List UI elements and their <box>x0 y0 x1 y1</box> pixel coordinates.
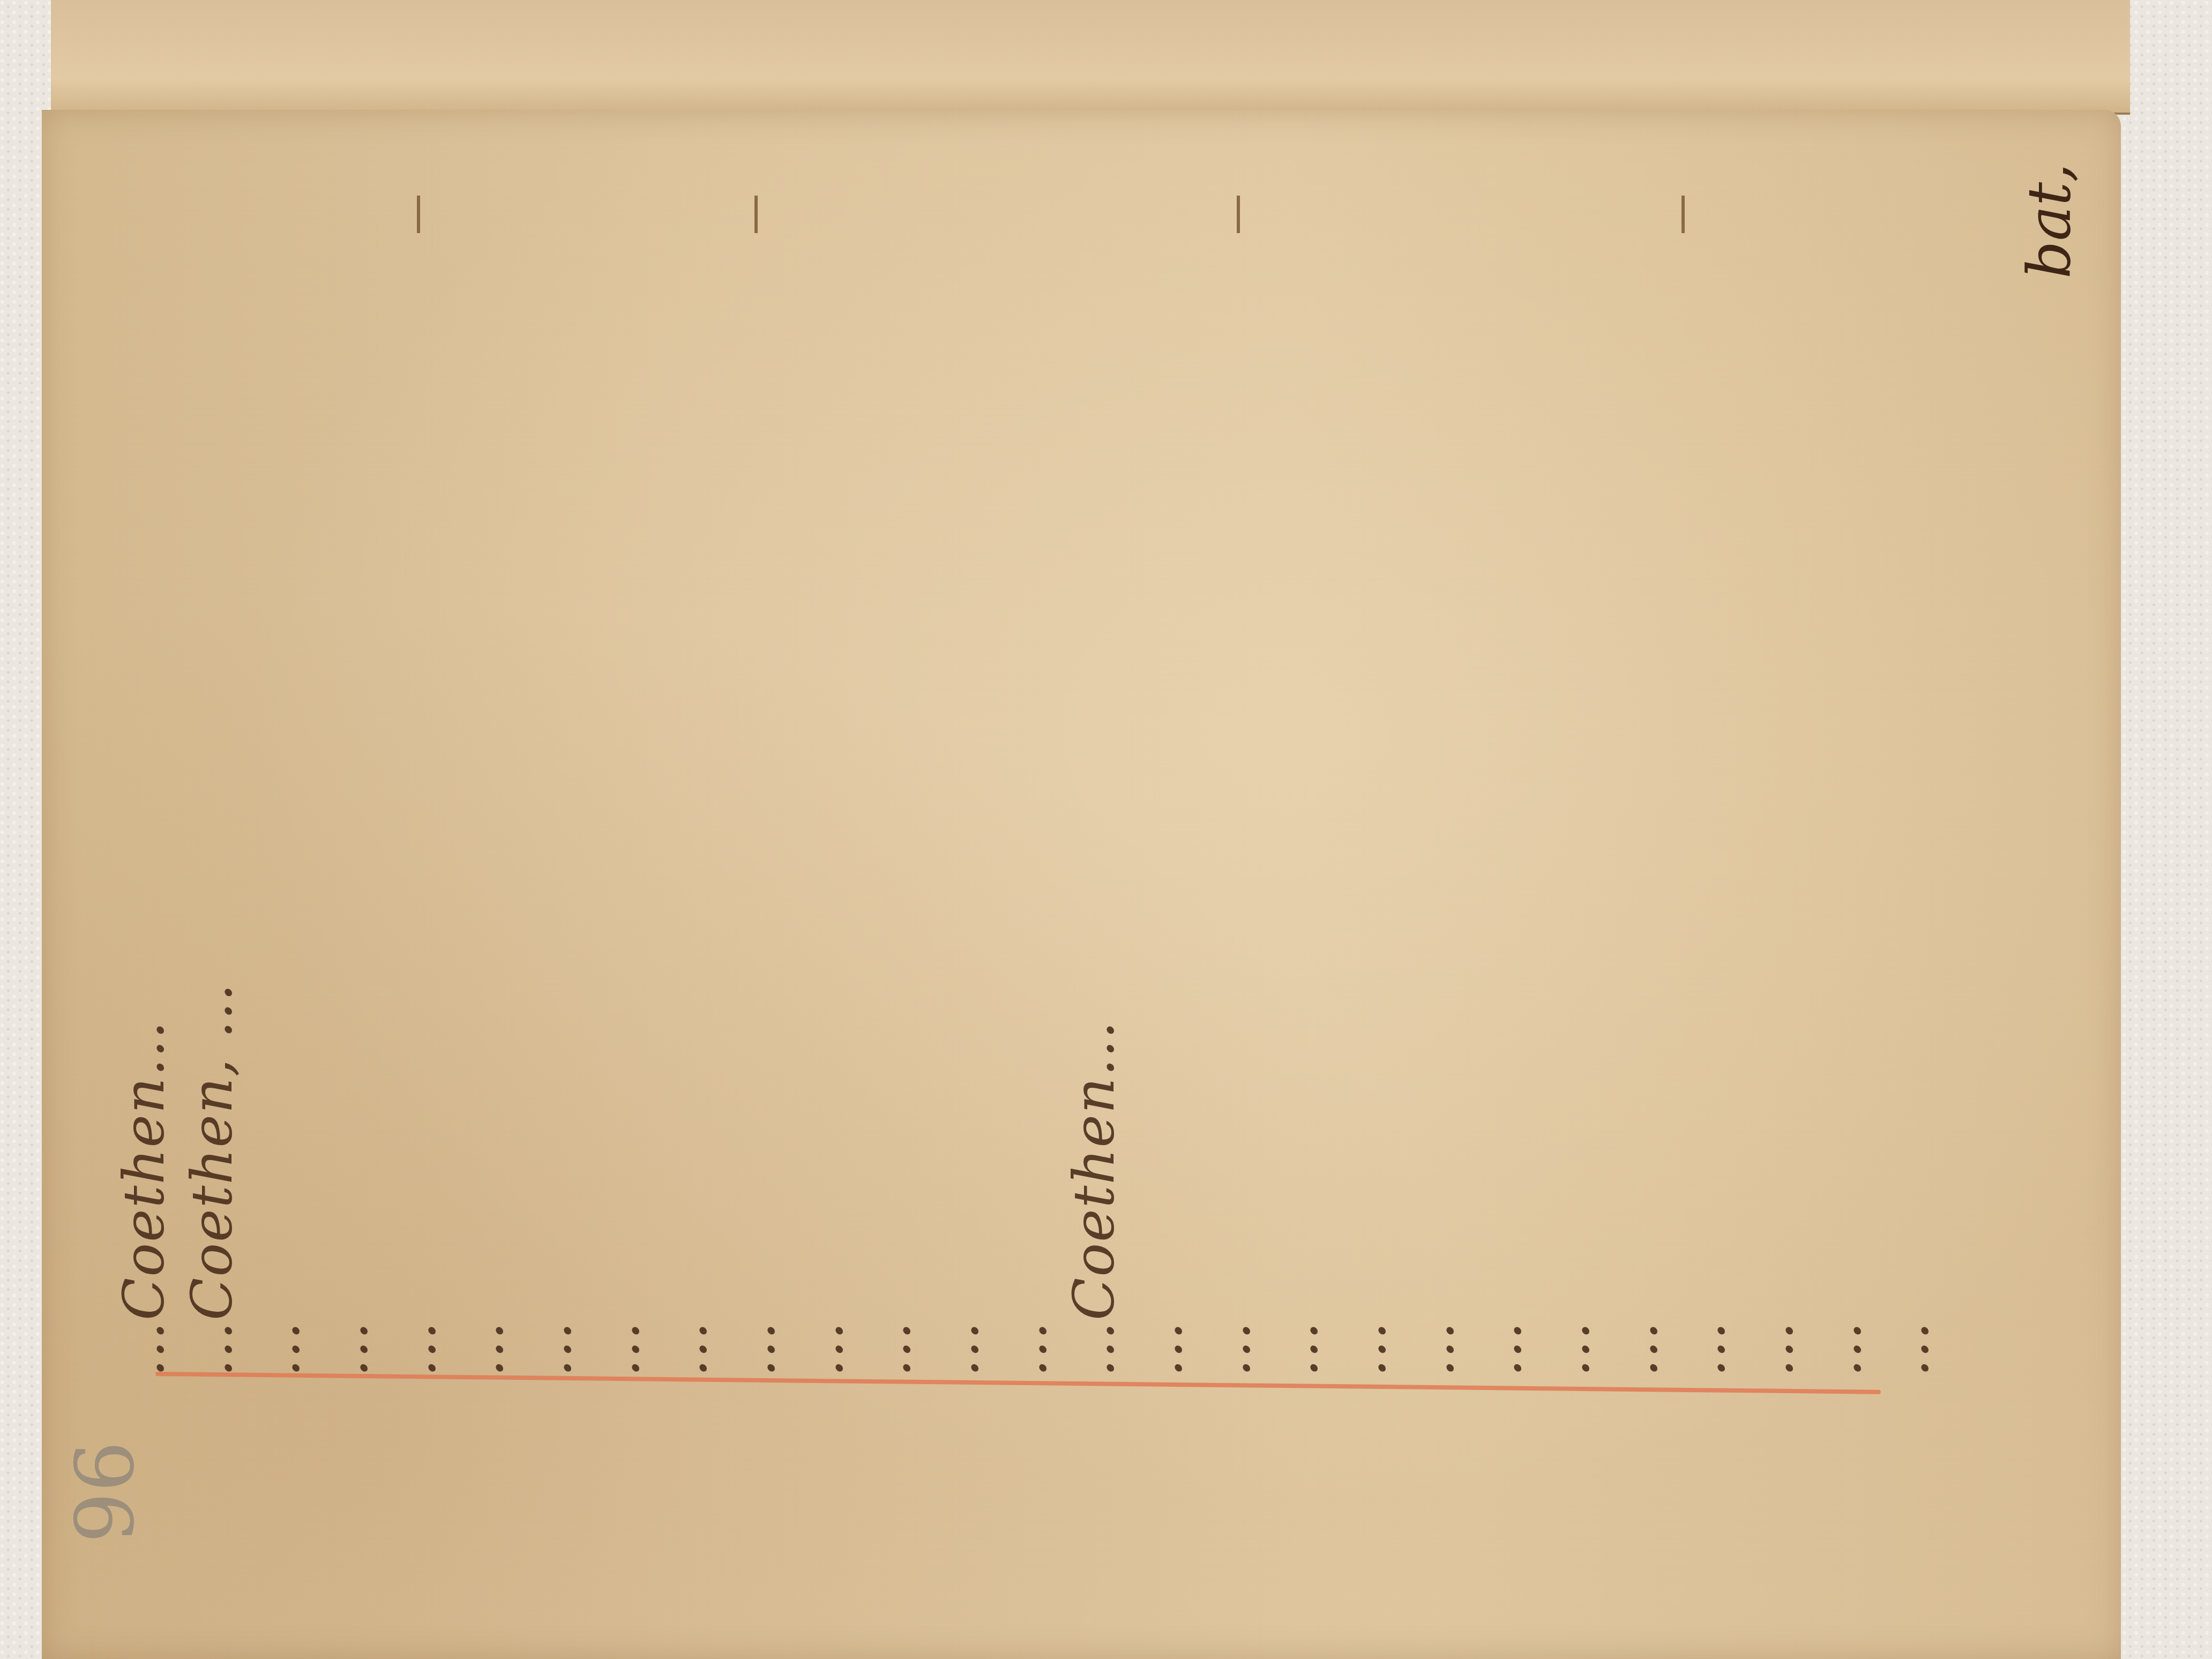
handwritten-line: …Coethen… <box>177 134 179 1377</box>
handwritten-line: … <box>449 134 451 1377</box>
handwritten-line-text: …Coethen… <box>111 1020 177 1377</box>
handwritten-line-text: … <box>1605 1320 1670 1377</box>
handwritten-line-text: … <box>1265 1320 1331 1377</box>
handwritten-line: … <box>1806 134 1808 1377</box>
handwritten-line-text: … <box>451 1320 516 1377</box>
handwritten-line: … <box>652 134 654 1377</box>
handwritten-line-text: … <box>383 1320 449 1377</box>
handwritten-line: … <box>1331 134 1333 1377</box>
handwritten-line: … <box>720 134 722 1377</box>
handwritten-line-text: … <box>1809 1320 1874 1377</box>
handwritten-text-block: …Coethen……Coethen, ……………………………………Coethen… <box>145 134 2020 1377</box>
handwritten-line-text: … <box>722 1320 788 1377</box>
handwritten-line-text: … <box>1740 1320 1806 1377</box>
handwritten-line-text: … <box>1198 1320 1263 1377</box>
handwritten-line: … <box>1738 134 1740 1377</box>
handwritten-line: … <box>1874 134 1876 1377</box>
handwritten-line-text: … <box>1130 1320 1195 1377</box>
handwritten-line: … <box>380 134 383 1377</box>
handwritten-line: … <box>991 134 993 1377</box>
handwritten-line: … <box>516 134 518 1377</box>
handwritten-line: …Coethen, … <box>245 134 247 1377</box>
handwritten-line: … <box>584 134 586 1377</box>
handwritten-line-text: … <box>315 1320 380 1377</box>
handwritten-line: …Coethen… <box>1127 134 1129 1377</box>
handwritten-line-text: … <box>247 1320 312 1377</box>
handwritten-line-text: …Coethen, … <box>180 982 245 1377</box>
handwritten-line-text: … <box>994 1320 1059 1377</box>
handwritten-line: … <box>1602 134 1604 1377</box>
handwritten-line: … <box>788 134 790 1377</box>
handwritten-line-text: …Coethen… <box>1062 1020 1127 1377</box>
handwritten-line-text: … <box>1537 1320 1602 1377</box>
handwritten-line-text: … <box>1333 1320 1399 1377</box>
handwritten-line-text: … <box>1469 1320 1534 1377</box>
handwritten-line: … <box>1941 134 1944 1377</box>
handwritten-line: … <box>1534 134 1536 1377</box>
handwritten-line: … <box>1670 134 1672 1377</box>
handwritten-line-text: … <box>858 1320 923 1377</box>
handwritten-line: … <box>923 134 925 1377</box>
handwritten-line: … <box>1195 134 1197 1377</box>
handwritten-line: … <box>1399 134 1401 1377</box>
handwritten-line-text: … <box>1672 1320 1738 1377</box>
handwritten-line-text: … <box>926 1320 991 1377</box>
handwritten-line-text: … <box>519 1320 584 1377</box>
handwritten-line: … <box>1263 134 1265 1377</box>
handwritten-line-text: … <box>654 1320 720 1377</box>
handwritten-line: … <box>312 134 315 1377</box>
handwritten-line-text: … <box>587 1320 652 1377</box>
page-number: 96 <box>59 1441 152 1543</box>
folded-page-edge <box>51 0 2130 115</box>
handwritten-line-text: … <box>1401 1320 1467 1377</box>
handwritten-line-text: … <box>790 1320 856 1377</box>
closing-word: bat, <box>2015 163 2083 279</box>
handwritten-line: … <box>856 134 858 1377</box>
handwritten-line: … <box>1467 134 1469 1377</box>
handwritten-line-text: … <box>1876 1320 1941 1377</box>
